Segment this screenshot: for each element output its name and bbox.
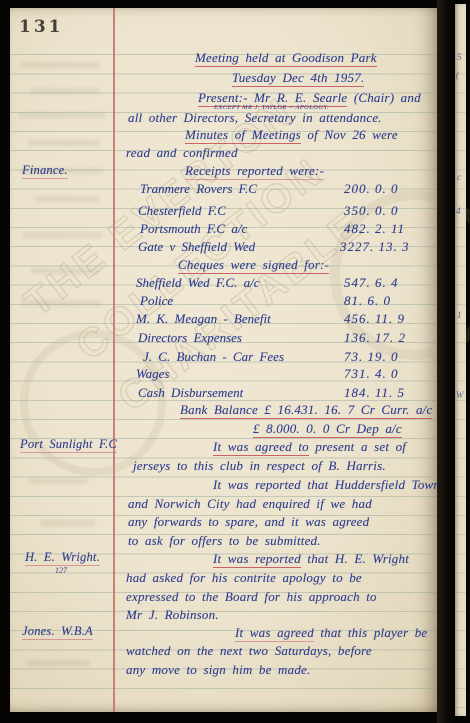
margin-page-ref: 127 xyxy=(55,566,67,575)
cheque-row: M. K. Meagan - Benefit456. 11. 9 xyxy=(0,311,470,330)
cheque-row: Wages731. 4. 0 xyxy=(0,366,470,385)
bank-balance-line-1: Bank Balance £ 16.431. 16. 7 Cr Curr. a/… xyxy=(180,402,432,418)
facing-page-text-fragment: 1 xyxy=(457,310,462,320)
facing-page-ruled-lines xyxy=(455,36,466,712)
margin-heading-port-sunlight: Port Sunlight F.C xyxy=(20,437,117,452)
margin-heading-finance: Finance. xyxy=(22,163,68,178)
port-sunlight-line-6: to ask for offers to be submitted. xyxy=(128,533,321,549)
receipt-row: Tranmere Rovers F.C200. 0. 0 xyxy=(0,181,470,200)
port-sunlight-line-5: any forwards to spare, and it was agreed xyxy=(128,514,369,530)
minutes-confirmed-line: Minutes of Meetings of Nov 26 were xyxy=(185,127,398,143)
cheque-row: Police81. 6. 0 xyxy=(0,293,470,312)
wright-line-1: It was reported that H. E. Wright xyxy=(213,551,409,567)
binding-gutter xyxy=(437,0,455,723)
margin-heading-wright: H. E. Wright. xyxy=(25,550,100,565)
port-sunlight-line-3: It was reported that Huddersfield Town xyxy=(213,477,440,493)
minutes-confirmed-cont: read and confirmed xyxy=(126,145,238,161)
page-number: 131 xyxy=(19,17,64,37)
receipt-row: Gate v Sheffield Wed3227. 13. 3 xyxy=(0,239,470,258)
receipt-row: Chesterfield F.C350. 0. 0 xyxy=(0,203,470,222)
bank-balance-line-2: £ 8.000. 0. 0 Cr Dep a/c xyxy=(253,421,402,437)
receipt-row: Portsmouth F.C a/c482. 2. 11 xyxy=(0,221,470,240)
jones-line-3: any move to sign him be made. xyxy=(126,662,310,678)
meeting-date-line: Tuesday Dec 4th 1957. xyxy=(232,70,364,86)
receipts-heading: Receipts reported were:- xyxy=(185,163,324,179)
wright-line-2: had asked for his contrite apology to be xyxy=(126,570,362,586)
cheque-row: Directors Expenses136. 17. 2 xyxy=(0,330,470,349)
margin-heading-jones: Jones. W.B.A xyxy=(22,624,93,639)
wright-line-3: expressed to the Board for his approach … xyxy=(126,589,377,605)
facing-page-text-fragment: ( xyxy=(456,70,459,80)
cheque-row: Sheffield Wed F.C. a/c547. 6. 4 xyxy=(0,275,470,294)
port-sunlight-line-1: It was agreed to present a set of xyxy=(213,439,406,455)
attendance-line: all other Directors, Secretary in attend… xyxy=(128,110,382,126)
facing-page-text-fragment: 5 xyxy=(457,52,462,62)
jones-line-1: It was agreed that this player be xyxy=(235,625,427,641)
facing-page-text-fragment: 4 xyxy=(456,206,461,216)
port-sunlight-line-4: and Norwich City had enquired if we had xyxy=(128,496,372,512)
facing-page-text-fragment: W xyxy=(456,390,464,400)
facing-page-edge: 5 ( c 4 1 W xyxy=(455,4,466,716)
port-sunlight-line-2: jerseys to this club in respect of B. Ha… xyxy=(133,458,386,474)
wright-line-4: Mr J. Robinson. xyxy=(126,607,219,623)
minute-book-photo: THE EVERTON COLLECTION CHARITABLE 131 Me… xyxy=(0,0,470,723)
facing-page-text-fragment: c xyxy=(457,172,461,182)
meeting-title-line: Meeting held at Goodison Park xyxy=(195,50,377,66)
cheques-heading: Cheques were signed for:- xyxy=(178,257,329,273)
jones-line-2: watched on the next two Saturdays, befor… xyxy=(126,643,372,659)
